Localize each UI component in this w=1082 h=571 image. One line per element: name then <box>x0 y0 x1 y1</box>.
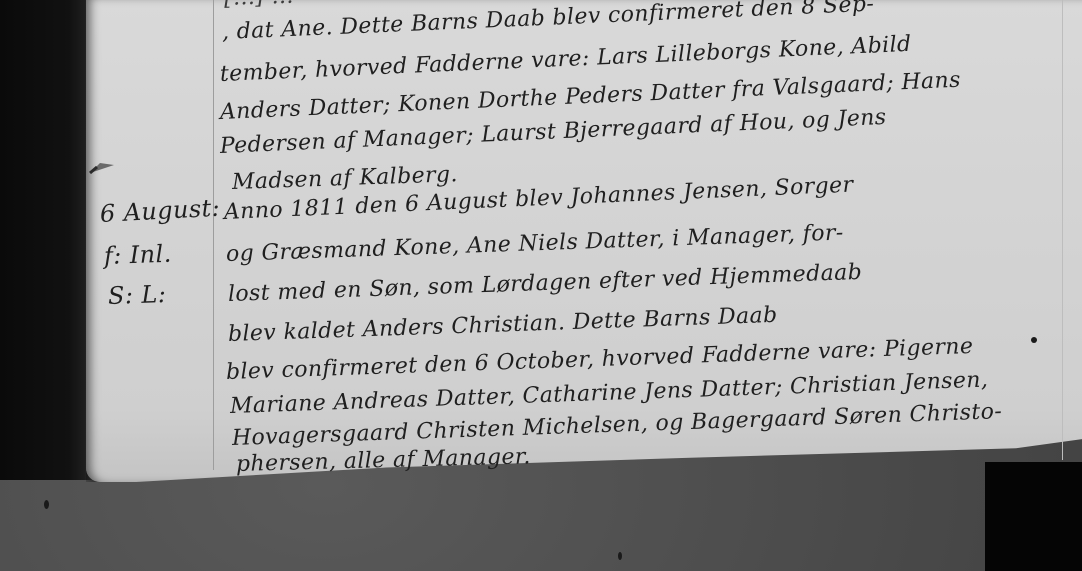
margin-note-inl: f: Inl. <box>104 240 173 270</box>
margin-rule-line <box>213 0 214 470</box>
speck-mark <box>618 552 622 560</box>
ink-dot <box>1031 337 1037 343</box>
right-edge-rule <box>1062 0 1063 460</box>
speck-mark <box>44 500 49 509</box>
margin-note-sl: S: L: <box>108 280 167 310</box>
book-binding-shadow <box>0 0 92 480</box>
scan-corner-shadow <box>985 462 1082 571</box>
margin-arrow-icon <box>88 155 120 177</box>
